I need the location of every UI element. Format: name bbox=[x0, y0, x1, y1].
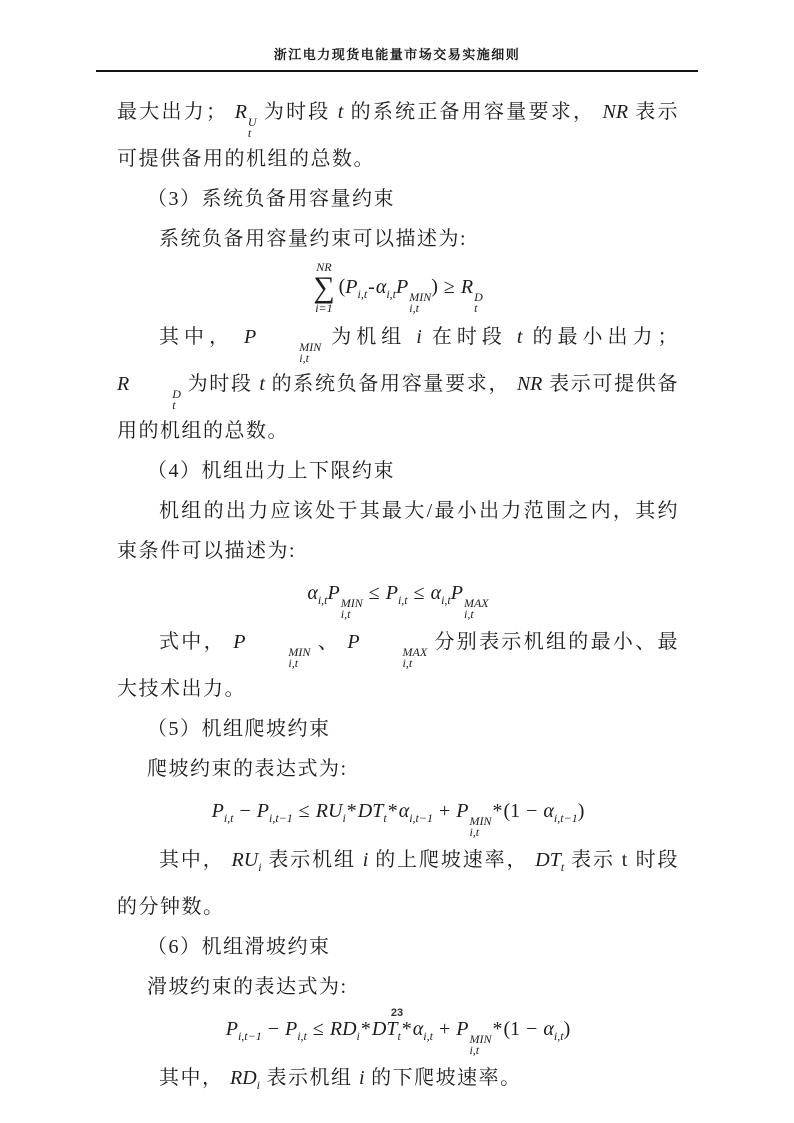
text-run: 的最小出力； bbox=[522, 326, 679, 348]
math-subscript: i,t bbox=[257, 353, 309, 364]
math-subscript: i,t−1 bbox=[409, 811, 433, 825]
math-token: αi,t bbox=[307, 582, 327, 604]
text-run: 滑坡约束的表达式为: bbox=[147, 976, 348, 998]
math-variable: P bbox=[285, 1018, 297, 1040]
math-variable: R bbox=[235, 101, 247, 123]
math-token: Pi,t bbox=[386, 582, 408, 604]
text-run: 最大出力； bbox=[117, 101, 235, 123]
math-token: RUi bbox=[316, 800, 346, 822]
math-variable: α bbox=[413, 1018, 424, 1040]
math-variable: P bbox=[456, 800, 468, 822]
math-token: ) bbox=[564, 1018, 571, 1040]
math-token: ≥ bbox=[438, 276, 461, 298]
math-subsup: MINi,t bbox=[409, 292, 431, 314]
math-token: * bbox=[491, 1018, 503, 1040]
math-variable: P bbox=[233, 631, 245, 653]
paragraph: 滑坡约束的表达式为: bbox=[117, 967, 679, 1007]
math-variable: α bbox=[431, 582, 442, 604]
math-token: αi,t−1 bbox=[399, 800, 433, 822]
math-superscript: MIN bbox=[246, 647, 310, 658]
math-variable: RD bbox=[330, 1018, 357, 1040]
math-subsup: MINi,t bbox=[341, 598, 363, 620]
math-token: αi,t−1 bbox=[543, 800, 577, 822]
math-token: DTt bbox=[535, 849, 564, 871]
math-token: Pi,t−1 bbox=[257, 800, 293, 822]
paragraph: 其中， RUi 表示机组 i 的上爬坡速率， DTt 表示 t 时段的分钟数。 bbox=[117, 840, 679, 927]
text-run: （5）机组爬坡约束 bbox=[147, 718, 331, 740]
math-subscript: i,t−1 bbox=[238, 1029, 262, 1043]
math-token: αi,t bbox=[431, 582, 451, 604]
math-subscript: t bbox=[130, 400, 175, 411]
math-variable: DT bbox=[358, 800, 384, 822]
math-subscript: i,t bbox=[441, 593, 451, 607]
math-operator: ≤ bbox=[414, 582, 425, 604]
math-operator: ≥ bbox=[444, 276, 455, 298]
math-token: RDt bbox=[461, 276, 483, 298]
math-token: ≤ bbox=[293, 800, 316, 822]
math-token: αi,t bbox=[376, 276, 396, 298]
math-operator: ≤ bbox=[313, 1018, 324, 1040]
math-plain: ) bbox=[431, 276, 438, 298]
math-token: ≤ bbox=[307, 1018, 330, 1040]
math-variable: P bbox=[345, 276, 357, 298]
paragraph: （4）机组出力上下限约束 bbox=[117, 451, 679, 491]
math-token: Pi,t bbox=[345, 276, 367, 298]
math-operator: + bbox=[439, 1018, 450, 1040]
math-token: − bbox=[234, 800, 257, 822]
math-variable: P bbox=[347, 631, 359, 653]
inline-math: PMINi,t bbox=[233, 631, 310, 653]
math-token: Pi,t bbox=[212, 800, 234, 822]
math-subscript: i,t bbox=[246, 658, 298, 669]
math-subscript: t bbox=[248, 128, 251, 139]
math-token: RUt bbox=[235, 101, 257, 123]
math-token: (1 bbox=[503, 800, 520, 822]
sum-lower-limit: i=1 bbox=[315, 302, 332, 315]
text-run: 式中， bbox=[159, 631, 233, 653]
math-token: + bbox=[433, 1018, 456, 1040]
text-run: 的上爬坡速率， bbox=[368, 849, 535, 871]
math-token: ≤ bbox=[363, 582, 386, 604]
math-subscript: i,t bbox=[224, 811, 234, 825]
inline-math: RUi bbox=[232, 849, 262, 871]
math-subscript: i,t−1 bbox=[269, 811, 293, 825]
math-variable: RU bbox=[232, 849, 259, 871]
text-run: 的系统正备用容量要求， bbox=[343, 101, 602, 123]
inline-math: DTt bbox=[535, 849, 564, 871]
text-run: 、 bbox=[310, 631, 347, 653]
inline-math: PMAXi,t bbox=[347, 631, 427, 653]
math-operator: − bbox=[526, 1018, 537, 1040]
math-token: RDi bbox=[230, 1067, 260, 1089]
math-subscript: i,t bbox=[469, 1045, 479, 1056]
inline-math: RUt bbox=[235, 101, 257, 123]
math-variable: RD bbox=[230, 1067, 257, 1089]
inline-math: NR bbox=[602, 101, 628, 123]
math-subscript: i,t bbox=[554, 1029, 564, 1043]
math-operator: - bbox=[368, 276, 375, 298]
math-token: − bbox=[520, 1018, 543, 1040]
page-number: 23 bbox=[0, 1007, 794, 1019]
math-variable: P bbox=[226, 1018, 238, 1040]
math-token: ) bbox=[431, 276, 438, 298]
math-variable: DT bbox=[535, 849, 561, 871]
math-token: ≤ bbox=[408, 582, 431, 604]
math-subscript: i,t bbox=[361, 658, 413, 669]
paragraph: 其中， RDi 表示机组 i 的下爬坡速率。 bbox=[117, 1058, 679, 1105]
math-token: RDt bbox=[117, 373, 181, 395]
math-variable: NR bbox=[517, 373, 543, 395]
math-subscript: i,t bbox=[464, 609, 474, 620]
math-subscript: i,t bbox=[398, 593, 408, 607]
math-variable: α bbox=[399, 800, 410, 822]
math-subsup: Dt bbox=[474, 292, 483, 314]
math-variable: P bbox=[456, 1018, 468, 1040]
math-token: NR bbox=[602, 101, 628, 123]
math-superscript: MAX bbox=[361, 647, 428, 658]
inline-math: RDi bbox=[230, 1067, 260, 1089]
text-run: 表示机组 bbox=[260, 1067, 359, 1089]
formula-block: αi,tPMINi,t≤Pi,t≤αi,tPMAXi,t bbox=[117, 573, 679, 620]
text-run: 为时段 bbox=[181, 373, 259, 395]
math-variable: P bbox=[212, 800, 224, 822]
inline-math: PMINi,t bbox=[244, 326, 321, 348]
math-variable: NR bbox=[602, 101, 628, 123]
text-run: 爬坡约束的表达式为: bbox=[147, 758, 348, 780]
math-token: PMINi,t bbox=[233, 631, 310, 653]
math-token: PMAXi,t bbox=[347, 631, 427, 653]
math-operator: * bbox=[492, 800, 502, 822]
math-token: PMINi,t bbox=[456, 800, 491, 822]
math-token: ) bbox=[578, 800, 585, 822]
text-run: （4）机组出力上下限约束 bbox=[147, 460, 395, 482]
math-subscript: t bbox=[474, 303, 477, 314]
math-subsup: Ut bbox=[248, 117, 257, 139]
math-variable: α bbox=[376, 276, 387, 298]
math-token: αi,t bbox=[413, 1018, 433, 1040]
document-body: 最大出力； RUt 为时段 t 的系统正备用容量要求， NR 表示可提供备用的机… bbox=[117, 92, 679, 1105]
math-operator: − bbox=[526, 800, 537, 822]
document-page: 浙江电力现货电能量市场交易实施细则 最大出力； RUt 为时段 t 的系统正备用… bbox=[0, 0, 794, 1123]
paragraph: 其中， PMINi,t 为机组 i 在时段 t 的最小出力； RDt 为时段 t… bbox=[117, 317, 679, 451]
math-token: − bbox=[262, 1018, 285, 1040]
document-title: 浙江电力现货电能量市场交易实施细则 bbox=[96, 44, 698, 63]
math-variable: α bbox=[543, 800, 554, 822]
math-operator: * bbox=[492, 1018, 502, 1040]
math-subscript: i,t bbox=[318, 593, 328, 607]
math-variable: P bbox=[244, 326, 256, 348]
math-subscript: i,t bbox=[409, 303, 419, 314]
math-subsup: MINi,t bbox=[246, 647, 310, 669]
math-plain: (1 bbox=[503, 800, 520, 822]
math-subscript: i,t bbox=[341, 609, 351, 620]
math-variable: R bbox=[117, 373, 129, 395]
math-token: NR bbox=[517, 373, 543, 395]
page-header: 浙江电力现货电能量市场交易实施细则 bbox=[96, 44, 698, 72]
math-subsup: MINi,t bbox=[257, 342, 321, 364]
text-run: 为机组 bbox=[321, 326, 416, 348]
math-subscript: i,t−1 bbox=[554, 811, 578, 825]
paragraph: 爬坡约束的表达式为: bbox=[117, 749, 679, 789]
math-plain: ) bbox=[564, 1018, 571, 1040]
paragraph: 最大出力； RUt 为时段 t 的系统正备用容量要求， NR 表示可提供备用的机… bbox=[117, 92, 679, 179]
math-variable: P bbox=[328, 582, 340, 604]
math-operator: − bbox=[268, 1018, 279, 1040]
math-variable: P bbox=[396, 276, 408, 298]
text-run: 系统负备用容量约束可以描述为: bbox=[159, 228, 467, 250]
text-run: （3）系统负备用容量约束 bbox=[147, 188, 395, 210]
math-token: RUi bbox=[232, 849, 262, 871]
math-variable: P bbox=[386, 582, 398, 604]
math-token: * bbox=[346, 800, 358, 822]
math-operator: ≤ bbox=[299, 800, 310, 822]
math-token: * bbox=[401, 1018, 413, 1040]
summation-symbol: NR∑i=1 bbox=[313, 261, 334, 315]
paragraph: （3）系统负备用容量约束 bbox=[117, 179, 679, 219]
math-operator: * bbox=[347, 800, 357, 822]
math-operator: + bbox=[439, 800, 450, 822]
text-run: 机组的出力应该处于其最大/最小出力范围之内，其约束条件可以描述为: bbox=[117, 500, 679, 562]
math-token: * bbox=[387, 800, 399, 822]
text-run: 为时段 bbox=[257, 101, 338, 123]
math-token: Pi,t bbox=[285, 1018, 307, 1040]
math-token: PMINi,t bbox=[456, 1018, 491, 1040]
math-plain: (1 bbox=[503, 1018, 520, 1040]
math-token: PMINi,t bbox=[244, 326, 321, 348]
text-run: 其中， bbox=[159, 1067, 230, 1089]
paragraph: （5）机组爬坡约束 bbox=[117, 709, 679, 749]
math-token: RDi bbox=[330, 1018, 360, 1040]
math-variable: RU bbox=[316, 800, 343, 822]
math-subsup: MINi,t bbox=[469, 1034, 491, 1056]
math-operator: * bbox=[402, 1018, 412, 1040]
math-token: PMINi,t bbox=[396, 276, 431, 298]
inline-math: RDt bbox=[117, 373, 181, 395]
math-token: DTt bbox=[372, 1018, 401, 1040]
math-token: + bbox=[433, 800, 456, 822]
math-plain: ) bbox=[578, 800, 585, 822]
math-superscript: MIN bbox=[257, 342, 321, 353]
paragraph: 系统负备用容量约束可以描述为: bbox=[117, 219, 679, 259]
text-run: 表示机组 bbox=[262, 849, 363, 871]
math-subscript: i,t bbox=[358, 287, 368, 301]
math-token: Pi,t−1 bbox=[226, 1018, 262, 1040]
math-subscript: i,t bbox=[423, 1029, 433, 1043]
math-variable: DT bbox=[372, 1018, 398, 1040]
math-subscript: i,t bbox=[469, 827, 479, 838]
text-run: （6）机组滑坡约束 bbox=[147, 936, 331, 958]
text-run: 的下爬坡速率。 bbox=[365, 1067, 522, 1089]
math-subsup: Dt bbox=[130, 389, 181, 411]
text-run: 其中， bbox=[159, 849, 232, 871]
math-token: − bbox=[520, 800, 543, 822]
math-token: * bbox=[491, 800, 503, 822]
math-token: (1 bbox=[503, 1018, 520, 1040]
paragraph: （6）机组滑坡约束 bbox=[117, 927, 679, 967]
inline-math: NR bbox=[517, 373, 543, 395]
text-run: 在时段 bbox=[422, 326, 517, 348]
math-operator: ≤ bbox=[369, 582, 380, 604]
math-token: αi,t bbox=[543, 1018, 563, 1040]
math-token: * bbox=[360, 1018, 372, 1040]
math-variable: P bbox=[451, 582, 463, 604]
math-token: PMAXi,t bbox=[451, 582, 489, 604]
math-token: DTt bbox=[358, 800, 387, 822]
formula-block: Pi,t−Pi,t−1≤RUi*DTt*αi,t−1+PMINi,t*(1−αi… bbox=[117, 791, 679, 838]
math-token: PMINi,t bbox=[328, 582, 363, 604]
math-operator: − bbox=[240, 800, 251, 822]
math-subscript: i,t bbox=[297, 1029, 307, 1043]
math-variable: P bbox=[257, 800, 269, 822]
math-subscript: i,t bbox=[386, 287, 396, 301]
math-subsup: MAXi,t bbox=[361, 647, 428, 669]
paragraph: 机组的出力应该处于其最大/最小出力范围之内，其约束条件可以描述为: bbox=[117, 491, 679, 571]
header-divider bbox=[96, 70, 698, 72]
formula-block: NR∑i=1(Pi,t-αi,tPMINi,t)≥RDt bbox=[117, 261, 679, 315]
math-operator: * bbox=[361, 1018, 371, 1040]
math-variable: R bbox=[461, 276, 473, 298]
math-variable: α bbox=[307, 582, 318, 604]
text-run: 其中， bbox=[159, 326, 244, 348]
math-subsup: MINi,t bbox=[469, 816, 491, 838]
math-token: - bbox=[367, 276, 376, 298]
math-operator: * bbox=[388, 800, 398, 822]
math-variable: α bbox=[543, 1018, 554, 1040]
math-subsup: MAXi,t bbox=[464, 598, 489, 620]
sigma-icon: ∑ bbox=[313, 274, 334, 302]
paragraph: 式中， PMINi,t 、 PMAXi,t 分别表示机组的最小、最大技术出力。 bbox=[117, 622, 679, 709]
text-run: 的系统负备用容量要求， bbox=[265, 373, 517, 395]
